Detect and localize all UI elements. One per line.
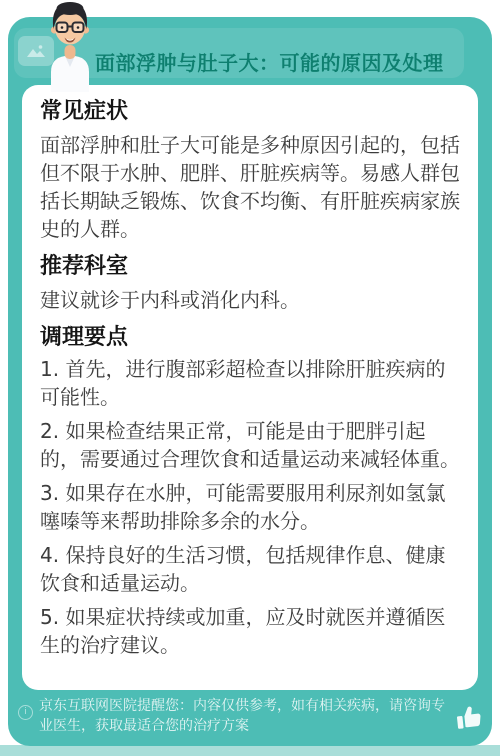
info-icon: i [18, 705, 33, 720]
thumbs-up-icon[interactable] [452, 699, 487, 734]
section-paragraph-symptoms: 面部浮肿和肚子大可能是多种原因引起的，包括但不限于水肿、肥胖、肝脏疾病等。易感人… [40, 131, 460, 243]
list-item-4: 4. 保持良好的生活习惯，包括规律作息、健康饮食和适量运动。 [40, 541, 460, 597]
section-paragraph-department: 建议就诊于内科或消化内科。 [40, 286, 460, 314]
section-heading-care-points: 调理要点 [40, 323, 460, 353]
bottom-strip [0, 745, 500, 756]
list-item-5: 5. 如果症状持续或加重，应及时就医并遵循医生的治疗建议。 [40, 603, 460, 659]
content-card: 常见症状 面部浮肿和肚子大可能是多种原因引起的，包括但不限于水肿、肥胖、肝脏疾病… [22, 85, 478, 690]
page: 面部浮肿与肚子大：可能的原因及处理 常见症状 面部浮肿和肚子大可能是多种原因引起… [0, 0, 500, 756]
list-item-1: 1. 首先，进行腹部彩超检查以排除肝脏疾病的可能性。 [40, 355, 460, 411]
health-card-container: 面部浮肿与肚子大：可能的原因及处理 常见症状 面部浮肿和肚子大可能是多种原因引起… [8, 17, 492, 746]
list-item-3: 3. 如果存在水肿，可能需要服用利尿剂如氢氯噻嗪等来帮助排除多余的水分。 [40, 479, 460, 535]
page-title: 面部浮肿与肚子大：可能的原因及处理 [95, 50, 465, 76]
section-heading-department: 推荐科室 [40, 252, 460, 282]
doctor-avatar [40, 0, 100, 92]
section-heading-symptoms: 常见症状 [40, 97, 460, 127]
disclaimer-text: 京东互联网医院提醒您：内容仅供参考，如有相关疾病，请咨询专业医生，获取最适合您的… [39, 696, 448, 736]
list-item-2: 2. 如果检查结果正常，可能是由于肥胖引起的，需要通过合理饮食和适量运动来减轻体… [40, 417, 460, 473]
footer: i 京东互联网医院提醒您：内容仅供参考，如有相关疾病，请咨询专业医生，获取最适合… [18, 692, 486, 740]
